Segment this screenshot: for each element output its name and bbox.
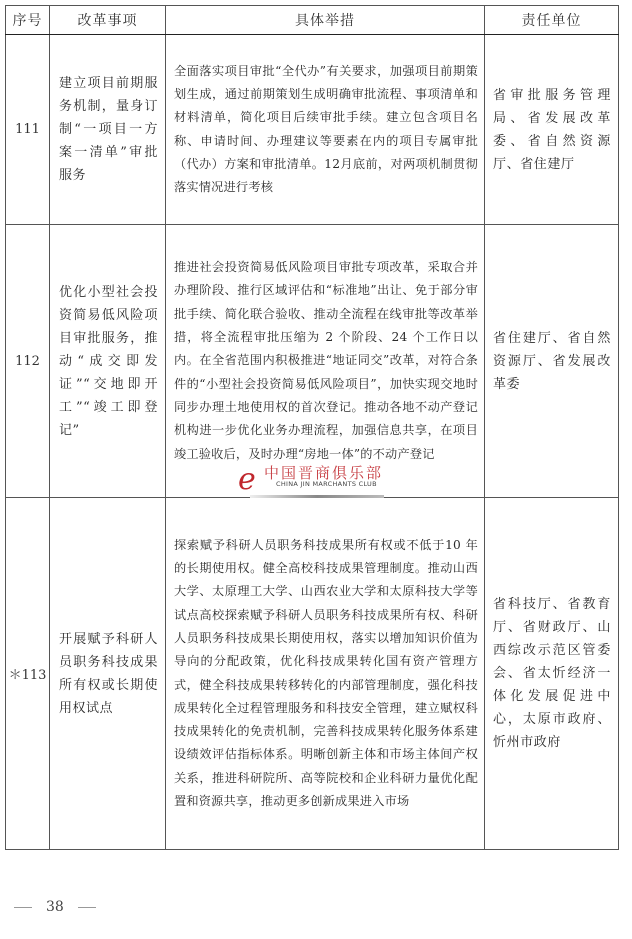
table-header: 序号 改革事项 具体举措 责任单位 [6,6,619,35]
responsible-unit: 省审批服务管理局、省发展改革委、省自然资源厅、省住建厅 [485,35,619,225]
serial-number: 111 [6,35,50,225]
responsible-unit: 省住建厅、省自然资源厅、省发展改革委 [485,225,619,498]
page-number-dash-right [78,907,96,908]
specific-measures: 探索赋予科研人员职务科技成果所有权或不低于10 年的长期使用权。健全高校科技成果… [166,498,485,850]
header-serial-number: 序号 [6,6,50,35]
table-row: ＊113 开展赋予科研人员职务科技成果所有权或长期使用权试点 探索赋予科研人员职… [6,498,619,850]
header-row: 序号 改革事项 具体举措 责任单位 [6,6,619,35]
reform-item: 开展赋予科研人员职务科技成果所有权或长期使用权试点 [50,498,166,850]
table-row: 111 建立项目前期服务机制，量身订制“一项目一方案一清单”审批服务 全面落实项… [6,35,619,225]
reform-item: 优化小型社会投资简易低风险项目审批服务，推动“成交即发证”“交地即开工”“竣工即… [50,225,166,498]
page-number-dash-left [14,907,32,908]
header-reform-item: 改革事项 [50,6,166,35]
serial-number: 112 [6,225,50,498]
header-specific-measures: 具体举措 [166,6,485,35]
table-row: 112 优化小型社会投资简易低风险项目审批服务，推动“成交即发证”“交地即开工”… [6,225,619,498]
specific-measures: 全面落实项目审批“全代办”有关要求，加强项目前期策划生成，通过前期策划生成明确审… [166,35,485,225]
serial-number: ＊113 [6,498,50,850]
reform-measures-table: 序号 改革事项 具体举措 责任单位 111 建立项目前期服务机制，量身订制“一项… [5,5,619,850]
reform-item: 建立项目前期服务机制，量身订制“一项目一方案一清单”审批服务 [50,35,166,225]
header-responsible-unit: 责任单位 [485,6,619,35]
specific-measures: 推进社会投资简易低风险项目审批专项改革，采取合并办理阶段、推行区域评估和“标准地… [166,225,485,498]
page-number-footer: 38 [14,899,96,915]
page-number: 38 [46,899,64,915]
responsible-unit: 省科技厅、省教育厅、省财政厅、山西综改示范区管委会、省太忻经济一体化发展促进中心… [485,498,619,850]
